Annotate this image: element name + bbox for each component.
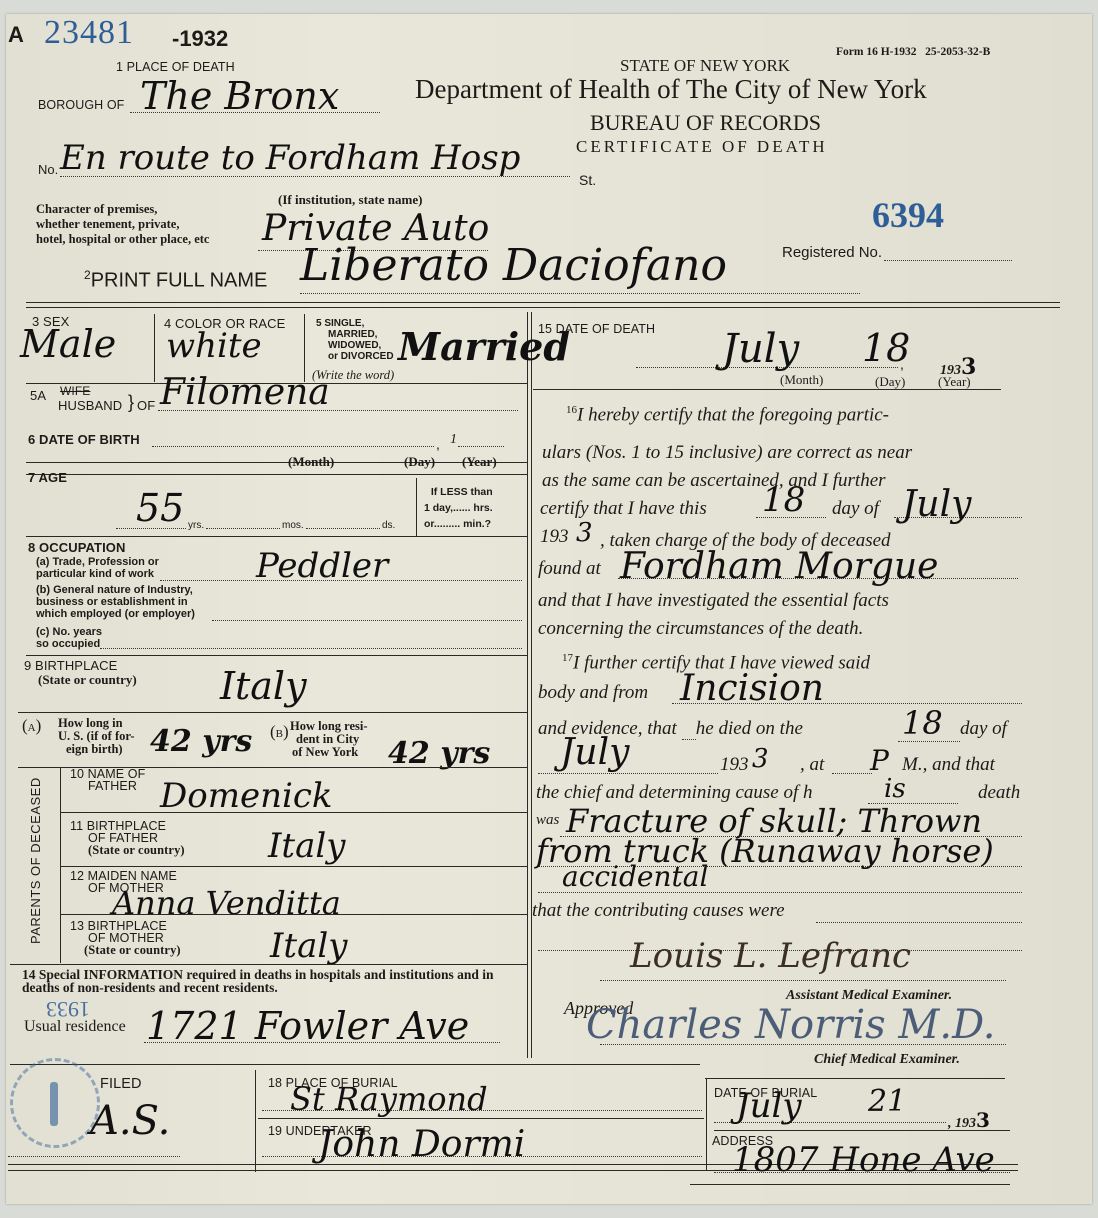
cert-death-month-value: July — [560, 732, 629, 773]
column-divider — [531, 312, 532, 1058]
borough-value: The Bronx — [140, 74, 339, 118]
death-month-label: (Month) — [780, 372, 823, 388]
body-from-value: Incision — [680, 668, 824, 709]
certify-year: 193 — [540, 526, 569, 548]
filed-initials: A.S. — [90, 1098, 170, 1144]
race-value: white — [166, 326, 262, 366]
para16-line-3: as the same can be ascertained, and I fu… — [542, 470, 886, 492]
age-years-value: 55 — [136, 486, 184, 530]
father-name-label: 10 NAME OF FATHER — [70, 768, 145, 792]
filed-label: FILED — [100, 1076, 142, 1092]
divider — [26, 536, 528, 537]
dob-comma: , — [436, 436, 440, 452]
burial-year: , 1933 — [948, 1108, 990, 1132]
occupation-b-line — [212, 620, 522, 621]
age-label: 7 AGE — [28, 470, 67, 485]
divider — [690, 1184, 1010, 1185]
certify-month-value: July — [902, 484, 971, 525]
age-days-line — [306, 528, 380, 529]
cause-pronoun-value: is — [884, 774, 906, 804]
mother-birthplace-value: Italy — [270, 926, 347, 966]
certify-day-value: 18 — [762, 480, 805, 520]
occupation-a-value: Peddler — [256, 546, 388, 586]
divider — [533, 389, 1001, 390]
divider — [26, 655, 528, 656]
street-value: En route to Fordham Hosp — [60, 138, 520, 178]
premises-label: Character of premises, whether tenement,… — [36, 202, 209, 247]
residence-nyc-value: 42 yrs — [388, 736, 490, 771]
death-word: death — [978, 782, 1020, 804]
age-years-line — [116, 528, 186, 529]
assistant-signature: Louis L. Lefranc — [630, 936, 911, 976]
burial-month-value: July — [736, 1086, 802, 1126]
cert-death-year: 193 — [720, 754, 749, 776]
cause-intro: the chief and determining cause of h — [536, 782, 813, 804]
residence-label: Usual residence — [24, 1018, 126, 1036]
divider — [10, 964, 528, 965]
cause-line-3-value: accidental — [562, 860, 708, 893]
body-from-label: body and from — [538, 682, 648, 704]
divider — [26, 307, 1060, 308]
registered-number-line — [884, 260, 1012, 261]
divider — [18, 712, 528, 713]
found-at-value: Fordham Morgue — [620, 546, 938, 587]
divider — [714, 1130, 1010, 1131]
st-label: St. — [579, 172, 596, 188]
occupation-a-label: (a) Trade, Profession or particular kind… — [36, 556, 159, 580]
mother-maiden-value: Anna Venditta — [112, 884, 341, 922]
borough-label: BOROUGH OF — [38, 98, 124, 112]
occupation-label: 8 OCCUPATION — [28, 540, 126, 555]
residence-value: 1721 Fowler Ave — [146, 1004, 469, 1048]
death-month-value: July — [722, 326, 799, 372]
spouse-of-label: OF — [137, 398, 155, 413]
full-name-label: 2PRINT FULL NAME — [84, 268, 267, 293]
residence-us-label: How long in U. S. (if of for- eign birth… — [58, 717, 135, 756]
dob-year-prefix: 1 — [450, 432, 457, 448]
spouse-number: 5A — [30, 388, 46, 403]
registered-label: Registered No. — [782, 244, 882, 261]
at-label: , at — [800, 754, 824, 776]
dob-line — [152, 446, 434, 447]
death-day-label: (Day) — [875, 374, 905, 390]
address-value: 1807 Hone Ave — [732, 1140, 995, 1180]
divider — [60, 914, 528, 915]
occupation-b-label: (b) General nature of Industry, business… — [36, 584, 195, 620]
undertaker-value: John Dormi — [318, 1124, 525, 1165]
marital-label: 5 SINGLE, MARRIED, WIDOWED, or DIVORCED — [316, 318, 394, 362]
divider — [10, 1064, 700, 1065]
father-birthplace-value: Italy — [268, 826, 345, 866]
birthplace-value: Italy — [220, 664, 307, 708]
dob-label: 6 DATE OF BIRTH — [28, 432, 140, 447]
filed-line — [8, 1156, 180, 1157]
mother-birthplace-label: 13 BIRTHPLACE OF MOTHER (State or countr… — [70, 920, 181, 956]
certify-year-suffix: 3 — [576, 518, 593, 548]
father-birthplace-label: 11 BIRTHPLACE OF FATHER (State or countr… — [70, 820, 185, 856]
sex-value: Male — [20, 322, 116, 366]
certify-prefix: certify that I have this — [540, 498, 707, 520]
age-months-line — [206, 528, 280, 529]
para16-line-2: ulars (Nos. 1 to 15 inclusive) are corre… — [542, 442, 912, 464]
series-prefix: A — [8, 22, 24, 48]
cell-divider — [255, 1070, 256, 1172]
no-label: No. — [38, 162, 58, 177]
certificate-number: 23481 — [44, 14, 134, 52]
was-label: was — [536, 812, 559, 829]
divider — [60, 812, 528, 813]
yrs-label: yrs. — [188, 520, 204, 531]
state-heading: STATE OF NEW YORK — [620, 56, 790, 76]
wife-struck: WIFE — [60, 384, 90, 398]
death-time-value: P — [870, 744, 889, 777]
bureau-heading: BUREAU OF RECORDS — [590, 110, 821, 136]
less-than-label: If LESS than 1 day,...... hrs. or.......… — [424, 484, 493, 532]
cell-divider — [154, 314, 155, 382]
column-divider — [527, 312, 528, 1058]
death-time-line — [832, 773, 872, 774]
divider — [26, 474, 528, 475]
date-of-death-label: 15 DATE OF DEATH — [538, 322, 655, 336]
chief-title: Chief Medical Examiner. — [814, 1052, 960, 1068]
parents-side-label: PARENTS OF DECEASED — [28, 777, 43, 944]
burial-day-value: 21 — [868, 1084, 906, 1119]
para16-line-1: 16I hereby certify that the foregoing pa… — [566, 404, 889, 426]
cert-death-day-value: 18 — [902, 704, 943, 742]
mos-label: mos. — [282, 520, 304, 531]
cert-death-year-suffix: 3 — [752, 744, 769, 774]
chief-signature-line — [600, 1044, 1006, 1045]
residence-us-value: 42 yrs — [150, 724, 252, 759]
cert-death-month-line — [538, 773, 718, 774]
cell-divider — [416, 478, 417, 536]
form-number: Form 16 H-1932 25-2053-32-B — [836, 46, 990, 58]
residence-us-badge: (A) — [22, 716, 41, 736]
death-year-label: (Year) — [938, 374, 971, 390]
seal-emblem-icon — [50, 1082, 58, 1126]
day-of-label-2: day of — [960, 718, 1007, 740]
spouse-brace: } — [128, 392, 134, 413]
divider — [26, 302, 1060, 303]
chief-signature: Charles Norris M.D. — [586, 1002, 995, 1048]
investigated-line-1: and that I have investigated the essenti… — [538, 590, 889, 612]
residence-nyc-badge: (B) — [270, 722, 289, 742]
full-name-line — [300, 293, 860, 294]
dob-year-line — [458, 446, 504, 447]
divider — [705, 1078, 1005, 1079]
divider — [258, 1118, 704, 1119]
full-name-value: Liberato Daciofano — [300, 240, 727, 291]
death-date-comma: , — [900, 356, 904, 372]
birthplace-label: 9 BIRTHPLACE — [24, 658, 117, 673]
spouse-value: Filomena — [160, 372, 330, 413]
divider — [26, 462, 528, 463]
institution-hint: (If institution, state name) — [278, 192, 422, 208]
department-heading: Department of Health of The City of New … — [415, 74, 927, 105]
dob-year-label: (Year) — [462, 454, 497, 470]
dob-day-label: (Day) — [404, 454, 435, 470]
day-of-label: day of — [832, 498, 879, 520]
found-at-label: found at — [538, 558, 601, 580]
dob-month-label: (Month) — [288, 454, 334, 470]
occupation-c-line — [100, 648, 522, 649]
investigated-line-2: concerning the circumstances of the deat… — [538, 618, 863, 640]
birthplace-hint: (State or country) — [38, 672, 137, 688]
father-name-value: Domenick — [160, 776, 333, 816]
cell-divider — [706, 1078, 707, 1170]
burial-place-value: St Raymond — [290, 1080, 488, 1118]
ds-label: ds. — [382, 520, 395, 531]
contributing-line — [816, 922, 1022, 923]
contributing-label: that the contributing causes were — [532, 900, 785, 922]
m-label: M., and that — [902, 754, 995, 776]
residence-nyc-label: How long resi- dent in City of New York — [290, 720, 368, 759]
husband-label: HUSBAND — [58, 398, 122, 413]
document-title: CERTIFICATE OF DEATH — [576, 137, 828, 157]
special-info-label: 14 Special INFORMATION required in death… — [22, 968, 518, 994]
divider — [60, 866, 528, 867]
parents-divider — [60, 767, 61, 963]
registered-stamp: 6394 — [872, 194, 944, 236]
place-of-death-label: 1 PLACE OF DEATH — [116, 60, 235, 74]
assistant-signature-line — [600, 980, 1006, 981]
year-suffix: -1932 — [172, 26, 228, 52]
occupation-c-label: (c) No. years so occupied — [36, 626, 102, 650]
